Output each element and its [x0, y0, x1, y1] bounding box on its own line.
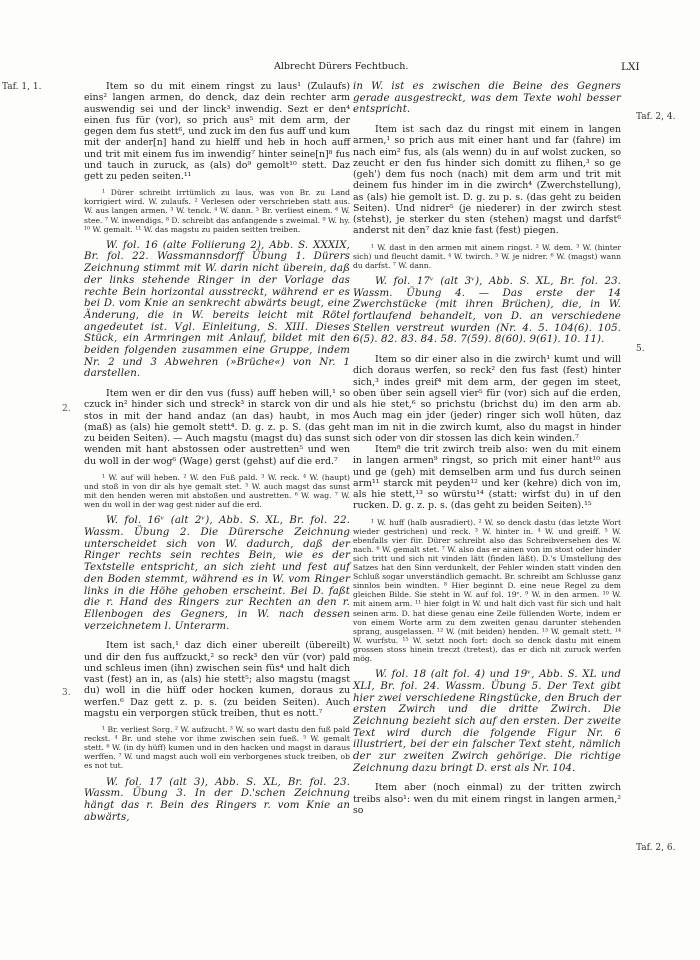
left-column: Item so du mit einem ringst zu laus¹ (Zu… — [84, 81, 350, 831]
commentary-1: W. fol. 16 (alte Foliierung 2), Abb. S. … — [84, 240, 350, 380]
paragraph-6: Item⁸ die trit zwirch treib also: wen du… — [353, 444, 621, 512]
page-number: LXI — [621, 61, 640, 73]
paragraph-5: Item so dir einer also in die zwirch¹ ku… — [353, 354, 621, 444]
margin-note-taf-1-1: Taf. 1, 1. — [2, 82, 41, 92]
running-title: Albrecht Dürers Fechtbuch. — [274, 61, 408, 72]
footnotes-4: ¹ W. dast in den armen mit ainem ringst.… — [353, 243, 621, 270]
margin-note-taf-2-6: Taf. 2, 6. — [636, 843, 675, 853]
margin-note-3: 3. — [62, 688, 71, 698]
commentary-4: W. fol. 17ᵛ (alt 3ᵛ), Abb. S. XL, Br. fo… — [353, 276, 621, 346]
commentary-3-continued: in W. ist es zwischen die Beine des Gegn… — [353, 81, 621, 116]
footnotes-1: ¹ Dürer schreibt irrtümlich zu laus, was… — [84, 188, 350, 233]
paragraph-7: Item aber (noch einmal) zu der tritten z… — [353, 782, 621, 816]
footnotes-5: ¹ W. huff (halb ausradiert). ² W. so den… — [353, 518, 621, 664]
commentary-5: W. fol. 18 (alt fol. 4) und 19ᵛ, Abb. S.… — [353, 669, 621, 774]
paragraph-3: Item ist sach,¹ daz dich einer ubereilt … — [84, 640, 350, 719]
paragraph-1: Item so du mit einem ringst zu laus¹ (Zu… — [84, 81, 350, 182]
margin-note-2: 2. — [62, 404, 71, 414]
footnotes-2: ¹ W. auf will heben. ² W. den Fuß pald. … — [84, 473, 350, 509]
paragraph-2: Item wen er dir den vus (fuss) auff hebe… — [84, 388, 350, 467]
running-head: Albrecht Dürers Fechtbuch. LXI — [0, 61, 700, 75]
margin-note-taf-2-4: Taf. 2, 4. — [636, 112, 675, 122]
document-page: Albrecht Dürers Fechtbuch. LXI Taf. 1, 1… — [0, 0, 700, 960]
commentary-2: W. fol. 16ᵛ (alt 2ᵛ), Abb. S. XL, Br. fo… — [84, 515, 350, 632]
commentary-3: W. fol. 17 (alt 3), Abb. S. XL, Br. fol.… — [84, 777, 350, 824]
right-column: in W. ist es zwischen die Beine des Gegn… — [353, 81, 621, 822]
margin-note-5: 5. — [636, 344, 645, 354]
footnotes-3: ¹ Br. verliest Sorg. ² W. aufzucht. ³ W.… — [84, 725, 350, 770]
paragraph-4: Item ist sach daz du ringst mit einem in… — [353, 124, 621, 237]
